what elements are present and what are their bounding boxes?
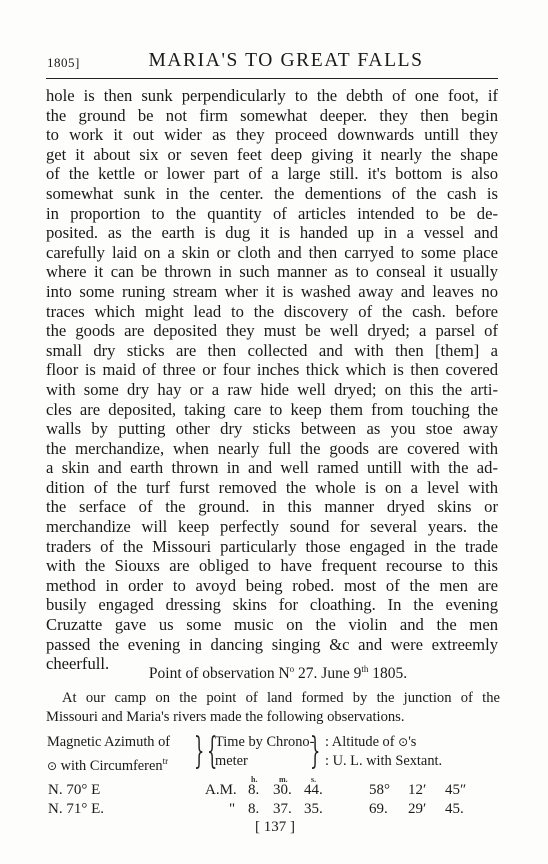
altitude-header-line2: : U. L. with Sextant. <box>325 752 442 771</box>
body-line: the goods are deposited they must be wel… <box>46 321 498 341</box>
body-line: a skin and earth thrown in and well rame… <box>46 458 498 478</box>
observation-intro: At our camp on the point of land formed … <box>46 689 500 727</box>
body-line: in proportion to the quantity of article… <box>46 204 498 224</box>
body-line: cles are deposited, taking care to keep … <box>46 400 498 420</box>
body-line: merchandize will keep perfectly sound fo… <box>46 517 498 537</box>
azimuth-header-line2: ⊙ with Circumferentr <box>47 752 170 776</box>
azimuth-header-text: with Circumferen <box>57 758 163 774</box>
body-line: the ground be not firm somewhat deeper. … <box>46 106 498 126</box>
altitude-header-suffix: 's <box>408 734 416 750</box>
body-line: of the kettle or lower part of a large s… <box>46 164 498 184</box>
body-line: carefully laid on a skin or cloth and th… <box>46 243 498 263</box>
body-line: traders of the Missouri particularly tho… <box>46 537 498 557</box>
body-line: somewhat sunk in the center. the dementi… <box>46 184 498 204</box>
altitude-header-line1: : Altitude of ⊙'s <box>325 733 442 752</box>
body-line: the merchandize, when nearly full the go… <box>46 439 498 459</box>
body-line: passed the evening in dancing singing &c… <box>46 635 498 655</box>
observation-row: N. 70° E A.M. 8. 30. 44. 58° 12′ 45″ <box>47 782 507 801</box>
right-brace-icon: } <box>310 735 320 769</box>
altitude-column-header: : Altitude of ⊙'s : U. L. with Sextant. <box>325 733 442 770</box>
body-line: method in order to avoyd being robed. mo… <box>46 576 498 596</box>
body-line: walls by putting other dry sticks betwee… <box>46 419 498 439</box>
body-line: floor is maid of three or four inches th… <box>46 360 498 380</box>
body-line: with the Siouxs are obliged to have freq… <box>46 556 498 576</box>
seconds-value: 35. <box>304 801 323 818</box>
body-line: the serface of the ground. in this manne… <box>46 497 498 517</box>
body-line: where it can be thrown in such manner as… <box>46 262 498 282</box>
header-rule-divider <box>46 78 498 79</box>
page-number: [ 137 ] <box>0 819 548 836</box>
degrees-value: 69. <box>369 801 388 818</box>
minutes-value: 30. <box>273 782 292 799</box>
period-value: " <box>229 801 235 818</box>
body-line: dition of the turf furst removed the who… <box>46 478 498 498</box>
running-head: 1805] MARIA'S TO GREAT FALLS <box>46 50 498 74</box>
body-line: posited. as the earth is dug it is hande… <box>46 223 498 243</box>
running-head-title: MARIA'S TO GREAT FALLS <box>46 50 498 72</box>
body-line: get it about six or seven feet deep givi… <box>46 145 498 165</box>
seconds-value: 44. <box>304 782 323 799</box>
observation-heading-prefix: Point of observation N <box>149 665 290 682</box>
minutes-value: 37. <box>273 801 292 818</box>
body-line: Cruzatte gave us some music on the violi… <box>46 615 498 635</box>
observation-table-header: Magnetic Azimuth of ⊙ with Circumferentr… <box>47 733 507 771</box>
altitude-header-text: : Altitude of <box>325 734 398 750</box>
sun-symbol-icon: ⊙ <box>47 759 57 773</box>
arcminutes-value: 29′ <box>408 801 426 818</box>
intro-line: Missouri and Maria's rivers made the fol… <box>46 708 500 727</box>
period-value: A.M. <box>205 782 237 799</box>
time-header-line2: meter <box>215 752 314 771</box>
azimuth-column-header: Magnetic Azimuth of ⊙ with Circumferentr <box>47 733 170 775</box>
azimuth-value: N. 71° E. <box>48 801 104 818</box>
abbrev-superscript: tr <box>163 756 169 766</box>
body-line: traces which might lead to the discovery… <box>46 302 498 322</box>
observation-heading: Point of observation No 27. June 9th 180… <box>0 664 548 683</box>
degrees-value: 58° <box>369 782 390 799</box>
book-page: 1805] MARIA'S TO GREAT FALLS hole is the… <box>0 0 548 864</box>
body-line: into some runing stream wher it is washe… <box>46 282 498 302</box>
time-header-line1: Time by Chrono- <box>215 733 314 752</box>
observation-year: 1805. <box>368 665 407 682</box>
arcseconds-value: 45. <box>445 801 464 818</box>
arcseconds-value: 45″ <box>445 782 466 799</box>
sun-symbol-icon: ⊙ <box>398 735 408 749</box>
time-column-header: Time by Chrono- meter <box>215 733 314 770</box>
body-line: small dry sticks are then collected and … <box>46 341 498 361</box>
hours-value: 8. <box>248 782 259 799</box>
body-line: with some dry hay or a raw hide well dry… <box>46 380 498 400</box>
hours-value: 8. <box>248 801 259 818</box>
observation-number: 27. June 9 <box>294 665 361 682</box>
body-line: busily engaged dressing skins for cloath… <box>46 595 498 615</box>
observation-row: N. 71° E. " 8. 37. 35. 69. 29′ 45. <box>47 801 507 820</box>
journal-body-text: hole is then sunk perpendicularly to the… <box>46 86 498 674</box>
body-line: hole is then sunk perpendicularly to the… <box>46 86 498 106</box>
intro-line: At our camp on the point of land formed … <box>46 689 500 708</box>
arcminutes-value: 12′ <box>408 782 426 799</box>
azimuth-header-line1: Magnetic Azimuth of <box>47 733 170 752</box>
body-line: to work it out wider as they proceed dow… <box>46 125 498 145</box>
azimuth-value: N. 70° E <box>48 782 100 799</box>
right-brace-icon: } <box>194 735 204 769</box>
